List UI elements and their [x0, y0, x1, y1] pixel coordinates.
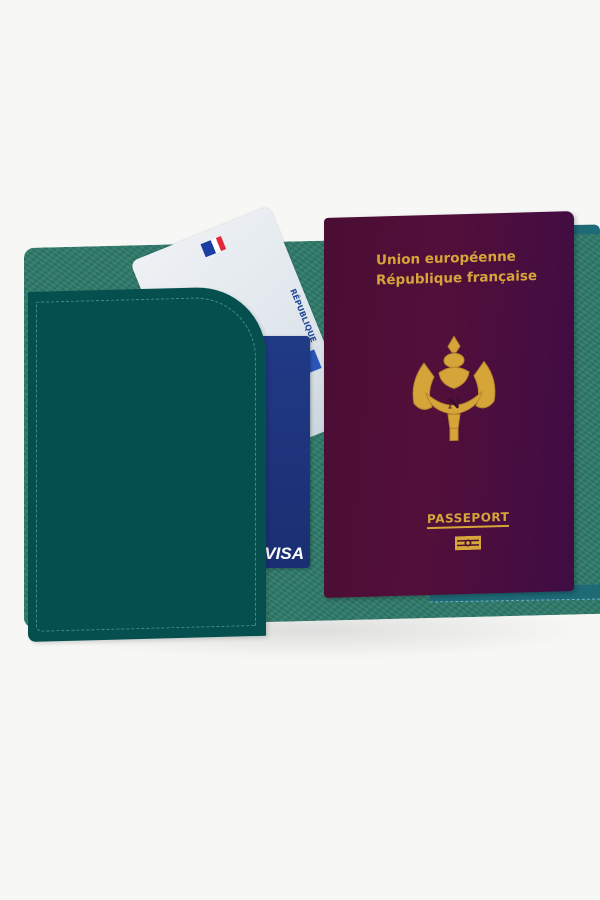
biometric-chip-icon [455, 536, 481, 551]
passport: Union européenne République française N … [324, 211, 574, 598]
french-flag-icon [201, 236, 227, 257]
svg-text:N: N [448, 396, 461, 412]
passport-label: PASSEPORT [427, 510, 509, 529]
passport-line-republic: République française [376, 265, 576, 291]
french-coat-of-arms-icon: N [404, 331, 504, 449]
holder-left-pocket [28, 286, 266, 642]
product-photo: RÉPUBLIQUE VISA Union européenne Républi… [0, 0, 600, 900]
passport-title: Union européenne République française [376, 245, 576, 291]
visa-logo: VISA [264, 544, 304, 564]
